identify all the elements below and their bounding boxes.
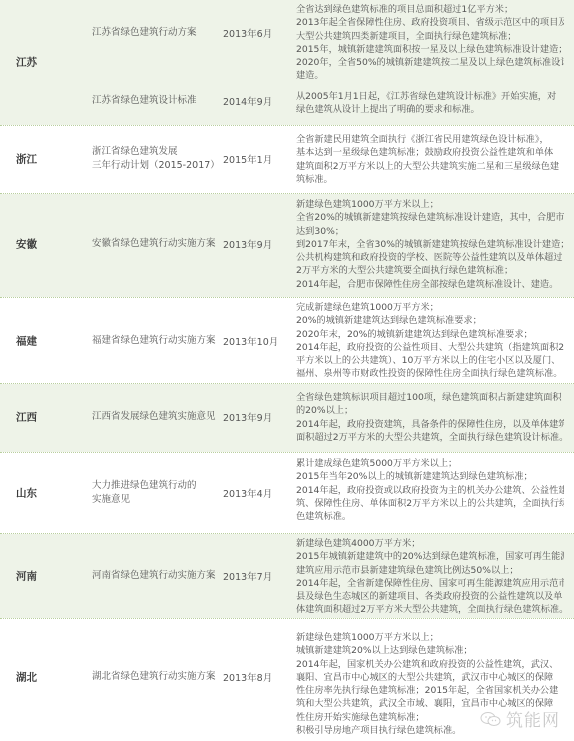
province-label: 江苏 xyxy=(16,55,37,70)
policy-name: 大力推进绿色建筑行动的 实施意见 xyxy=(92,479,222,507)
policy-date: 2013年6月 xyxy=(223,26,272,40)
table-row-fujian: 福建 福建省绿色建筑行动实施方案 2013年10月 完成新建绿色建筑1000万平… xyxy=(0,298,574,383)
policy-name: 安徽省绿色建筑行动实施方案 xyxy=(92,237,222,251)
province-label: 山东 xyxy=(16,486,37,501)
table-row-henan: 河南 河南省绿色建筑行动实施方案 2013年7月 新建绿色建筑4000万平方米；… xyxy=(0,534,574,618)
policy-date: 2014年9月 xyxy=(223,94,272,108)
policy-name: 福建省绿色建筑行动实施方案 xyxy=(92,334,222,348)
policy-date: 2013年9月 xyxy=(223,410,272,424)
policy-date: 2015年1月 xyxy=(223,152,272,166)
policy-name: 江苏省绿色建筑设计标准 xyxy=(92,94,202,108)
policy-date: 2013年8月 xyxy=(223,670,272,684)
policy-name: 江西省发展绿色建筑实施意见 xyxy=(92,410,222,424)
policy-name: 湖北省绿色建筑行动实施方案 xyxy=(92,670,222,684)
policy-description: 完成新建绿色建筑1000万平方米； 20%的城镇新建建筑达到绿色建筑标准要求； … xyxy=(296,301,564,381)
policy-description: 全省新建民用建筑全面执行《浙江省民用建筑绿色设计标准》， 基本达到一星级绿色建筑… xyxy=(296,133,564,186)
policy-description: 全省绿色建筑标识项目超过100项，绿色建筑面积占新建建筑面积 的20%以上； 2… xyxy=(296,391,564,444)
policy-description: 新建绿色建筑1000万平方米以上； 全省20%的城镇新建建筑按绿色建筑标准设计建… xyxy=(296,198,564,291)
watermark: 筑能网 xyxy=(480,706,560,731)
table-row-jiangsu: 江苏 江苏省绿色建筑行动方案 2013年6月 全省达到绿色建筑标准的项目总面积超… xyxy=(0,0,574,125)
policy-date: 2013年9月 xyxy=(223,237,272,251)
province-label: 江西 xyxy=(16,410,37,425)
policy-name: 河南省绿色建筑行动实施方案 xyxy=(92,569,222,583)
policy-date: 2013年7月 xyxy=(223,569,272,583)
policy-description: 从2005年1月1日起，《江苏省绿色建筑设计标准》开始实施，对 绿色建筑从设计上… xyxy=(296,90,564,117)
wechat-icon xyxy=(480,711,502,727)
table-row-anhui: 安徽 安徽省绿色建筑行动实施方案 2013年9月 新建绿色建筑1000万平方米以… xyxy=(0,194,574,297)
table-row-zhejiang: 浙江 浙江省绿色建筑发展 三年行动计划（2015-2017） 2015年1月 全… xyxy=(0,126,574,193)
province-label: 河南 xyxy=(16,569,37,584)
table-row-shandong: 山东 大力推进绿色建筑行动的 实施意见 2013年4月 累计建成绿色建筑5000… xyxy=(0,453,574,533)
policy-name: 江苏省绿色建筑行动方案 xyxy=(92,26,202,40)
policy-description: 全省达到绿色建筑标准的项目总面积超过1亿平方米； 2013年起全省保障性住房、政… xyxy=(296,3,564,83)
policy-description: 累计建成绿色建筑5000万平方米以上； 2015年当年20%以上的城镇新建建筑达… xyxy=(296,457,564,523)
province-label: 湖北 xyxy=(16,670,37,685)
table-row-jiangxi: 江西 江西省发展绿色建筑实施意见 2013年9月 全省绿色建筑标识项目超过100… xyxy=(0,384,574,452)
policy-description: 新建绿色建筑4000万平方米； 2015年城镇新建建筑中的20%达到绿色建筑标准… xyxy=(296,537,564,617)
policy-date: 2013年4月 xyxy=(223,486,272,500)
province-label: 浙江 xyxy=(16,152,37,167)
watermark-text: 筑能网 xyxy=(506,706,560,731)
province-label: 福建 xyxy=(16,334,37,349)
policy-name: 浙江省绿色建筑发展 三年行动计划（2015-2017） xyxy=(92,145,232,173)
policy-date: 2013年10月 xyxy=(223,334,278,348)
province-label: 安徽 xyxy=(16,237,37,252)
